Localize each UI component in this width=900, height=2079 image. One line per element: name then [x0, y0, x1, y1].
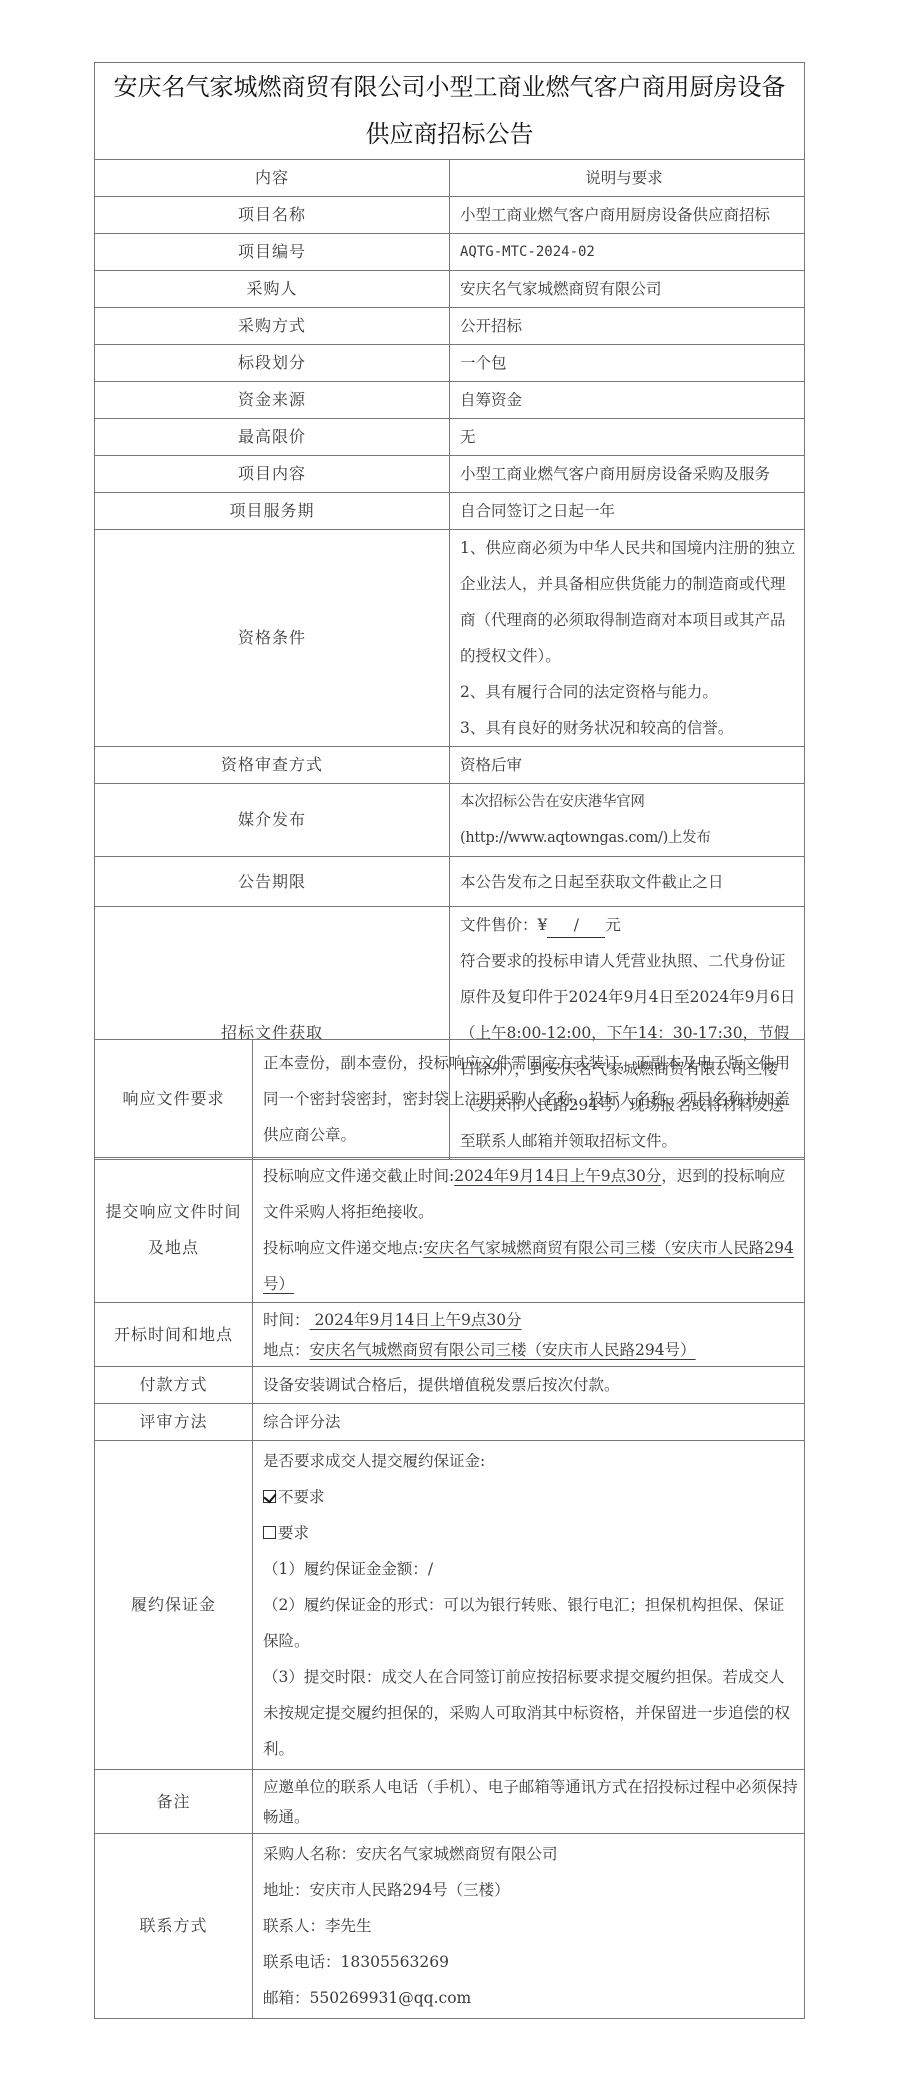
- qualification-item-1: 1、供应商必须为中华人民共和国境内注册的独立企业法人，并具备相应供货能力的制造商…: [460, 530, 798, 674]
- place-prefix: 地点：: [263, 1341, 310, 1359]
- row-value: 安庆名气家城燃商贸有限公司: [450, 271, 805, 308]
- row-label: 备注: [95, 1770, 253, 1834]
- table-row: 标段划分 一个包: [95, 345, 805, 382]
- contact-row: 联系方式 采购人名称：安庆名气家城燃商贸有限公司 地址：安庆市人民路294号（三…: [95, 1834, 805, 2019]
- title-line-1: 安庆名气家城燃商贸有限公司小型工商业燃气客户商用厨房设备: [95, 64, 804, 111]
- qualification-value: 1、供应商必须为中华人民共和国境内注册的独立企业法人，并具备相应供货能力的制造商…: [450, 530, 805, 747]
- row-label: 评审方法: [95, 1404, 253, 1441]
- price-prefix: 文件售价：¥: [460, 916, 547, 934]
- contact-value: 采购人名称：安庆名气家城燃商贸有限公司 地址：安庆市人民路294号（三楼） 联系…: [253, 1834, 805, 2019]
- row-label: 开标时间和地点: [95, 1303, 253, 1367]
- table-header-row: 内容 说明与要求: [95, 160, 805, 197]
- option-label: 不要求: [278, 1488, 325, 1506]
- announcement-table-lower: 响应文件要求 正本壹份，副本壹份，投标响应文件需固定方式装订，正副本及电子版文件…: [94, 1039, 805, 2019]
- checkbox-checked-icon[interactable]: [263, 1490, 276, 1503]
- place-prefix: 投标响应文件递交地点:: [263, 1239, 423, 1257]
- contact-phone: 联系电话：18305563269: [263, 1944, 798, 1980]
- row-label: 项目名称: [95, 197, 450, 234]
- table-row: 媒介发布 本次招标公告在安庆港华官网(http://www.aqtowngas.…: [95, 784, 805, 857]
- opening-time: 时间： 2024年9月14日上午9点30分: [263, 1305, 798, 1335]
- response-req-row: 响应文件要求 正本壹份，副本壹份，投标响应文件需固定方式装订，正副本及电子版文件…: [95, 1040, 805, 1158]
- bond-option-required[interactable]: 要求: [263, 1515, 798, 1551]
- bond-item-2: （2）履约保证金的形式：可以为银行转账、银行电汇；担保机构担保、保证保险。: [263, 1587, 798, 1659]
- announcement-table-upper: 安庆名气家城燃商贸有限公司小型工商业燃气客户商用厨房设备 供应商招标公告 内容 …: [94, 62, 805, 1160]
- deadline-value: 2024年9月14日上午9点30分: [454, 1167, 661, 1185]
- price-value: /: [547, 913, 605, 938]
- row-value: 小型工商业燃气客户商用厨房设备采购及服务: [450, 456, 805, 493]
- opening-place: 地点：安庆名气城燃商贸有限公司三楼（安庆市人民路294号）: [263, 1335, 798, 1365]
- response-req-value: 正本壹份，副本壹份，投标响应文件需固定方式装订，正副本及电子版文件用同一个密封袋…: [253, 1040, 805, 1158]
- row-label: 付款方式: [95, 1367, 253, 1404]
- submit-row: 提交响应文件时间及地点 投标响应文件递交截止时间:2024年9月14日上午9点3…: [95, 1158, 805, 1303]
- row-value: 一个包: [450, 345, 805, 382]
- bond-row: 履约保证金 是否要求成交人提交履约保证金: 不要求 要求 （1）履约保证金金额：…: [95, 1441, 805, 1770]
- row-label: 资金来源: [95, 382, 450, 419]
- header-col-content: 内容: [95, 160, 450, 197]
- opening-value: 时间： 2024年9月14日上午9点30分 地点：安庆名气城燃商贸有限公司三楼（…: [253, 1303, 805, 1367]
- checkbox-unchecked-icon[interactable]: [263, 1526, 276, 1539]
- remark-row: 备注 应邀单位的联系人电话（手机）、电子邮箱等通讯方式在招投标过程中必须保持畅通…: [95, 1770, 805, 1834]
- row-label: 提交响应文件时间及地点: [95, 1158, 253, 1303]
- table-row: 评审方法 综合评分法: [95, 1404, 805, 1441]
- contact-label: 联系方式: [95, 1834, 253, 2019]
- submit-value: 投标响应文件递交截止时间:2024年9月14日上午9点30分，迟到的投标响应文件…: [253, 1158, 805, 1303]
- table-row: 项目服务期 自合同签订之日起一年: [95, 493, 805, 530]
- row-label: 资格审查方式: [95, 747, 450, 784]
- bond-item-3: （3）提交时限：成交人在合同签订前应按招标要求提交履约担保。若成交人未按规定提交…: [263, 1659, 798, 1767]
- qualification-item-2: 2、具有履行合同的法定资格与能力。: [460, 674, 798, 710]
- row-value: 无: [450, 419, 805, 456]
- opening-row: 开标时间和地点 时间： 2024年9月14日上午9点30分 地点：安庆名气城燃商…: [95, 1303, 805, 1367]
- table-row: 项目内容 小型工商业燃气客户商用厨房设备采购及服务: [95, 456, 805, 493]
- row-value: 资格后审: [450, 747, 805, 784]
- row-label: 最高限价: [95, 419, 450, 456]
- remark-value: 应邀单位的联系人电话（手机）、电子邮箱等通讯方式在招投标过程中必须保持畅通。: [253, 1770, 805, 1834]
- time-value: 2024年9月14日上午9点30分: [310, 1311, 522, 1329]
- submit-deadline: 投标响应文件递交截止时间:2024年9月14日上午9点30分，迟到的投标响应文件…: [263, 1158, 798, 1230]
- table-row: 最高限价 无: [95, 419, 805, 456]
- contact-address: 地址：安庆市人民路294号（三楼）: [263, 1872, 798, 1908]
- row-label: 项目内容: [95, 456, 450, 493]
- place-value: 安庆名气城燃商贸有限公司三楼（安庆市人民路294号）: [310, 1341, 696, 1359]
- bond-value: 是否要求成交人提交履约保证金: 不要求 要求 （1）履约保证金金额：/ （2）履…: [253, 1441, 805, 1770]
- row-label: 响应文件要求: [95, 1040, 253, 1158]
- row-value: 自合同签订之日起一年: [450, 493, 805, 530]
- row-label: 公告期限: [95, 857, 450, 907]
- option-label: 要求: [278, 1524, 309, 1542]
- table-row: 付款方式 设备安装调试合格后，提供增值税发票后按次付款。: [95, 1367, 805, 1404]
- row-value: 公开招标: [450, 308, 805, 345]
- media-value: 本次招标公告在安庆港华官网(http://www.aqtowngas.com/)…: [450, 784, 805, 857]
- price-suffix: 元: [605, 916, 621, 934]
- submit-place: 投标响应文件递交地点:安庆名气家城燃商贸有限公司三楼（安庆市人民路294号）: [263, 1230, 798, 1302]
- header-col-requirements: 说明与要求: [450, 160, 805, 197]
- contact-buyer: 采购人名称：安庆名气家城燃商贸有限公司: [263, 1836, 798, 1872]
- row-value: 综合评分法: [253, 1404, 805, 1441]
- qualification-item-3: 3、具有良好的财务状况和较高的信誉。: [460, 710, 798, 746]
- row-value: 设备安装调试合格后，提供增值税发票后按次付款。: [253, 1367, 805, 1404]
- bond-question: 是否要求成交人提交履约保证金:: [263, 1443, 798, 1479]
- bond-label: 履约保证金: [95, 1441, 253, 1770]
- time-prefix: 时间：: [263, 1311, 310, 1329]
- row-value: 自筹资金: [450, 382, 805, 419]
- contact-person: 联系人：李先生: [263, 1908, 798, 1944]
- row-value: 小型工商业燃气客户商用厨房设备供应商招标: [450, 197, 805, 234]
- table-row: 采购人 安庆名气家城燃商贸有限公司: [95, 271, 805, 308]
- row-label: 项目服务期: [95, 493, 450, 530]
- row-label: 项目编号: [95, 234, 450, 271]
- deadline-prefix: 投标响应文件递交截止时间:: [263, 1167, 454, 1185]
- row-label: 采购方式: [95, 308, 450, 345]
- table-row: 采购方式 公开招标: [95, 308, 805, 345]
- table-row: 资格审查方式 资格后审: [95, 747, 805, 784]
- table-row: 资金来源 自筹资金: [95, 382, 805, 419]
- table-row: 项目编号 AQTG-MTC-2024-02: [95, 234, 805, 271]
- row-label: 标段划分: [95, 345, 450, 382]
- page-title: 安庆名气家城燃商贸有限公司小型工商业燃气客户商用厨房设备 供应商招标公告: [95, 63, 805, 160]
- bond-item-1: （1）履约保证金金额：/: [263, 1551, 798, 1587]
- row-value: AQTG-MTC-2024-02: [450, 234, 805, 271]
- row-value: 本公告发布之日起至获取文件截止之日: [450, 857, 805, 907]
- row-label: 媒介发布: [95, 784, 450, 857]
- bond-option-not-required[interactable]: 不要求: [263, 1479, 798, 1515]
- qualification-label: 资格条件: [95, 530, 450, 747]
- row-label: 采购人: [95, 271, 450, 308]
- table-row: 公告期限 本公告发布之日起至获取文件截止之日: [95, 857, 805, 907]
- qualification-row: 资格条件 1、供应商必须为中华人民共和国境内注册的独立企业法人，并具备相应供货能…: [95, 530, 805, 747]
- table-row: 项目名称 小型工商业燃气客户商用厨房设备供应商招标: [95, 197, 805, 234]
- contact-email[interactable]: 邮箱：550269931@qq.com: [263, 1980, 798, 2016]
- doc-price: 文件售价：¥/元: [460, 907, 798, 943]
- title-line-2: 供应商招标公告: [95, 111, 804, 158]
